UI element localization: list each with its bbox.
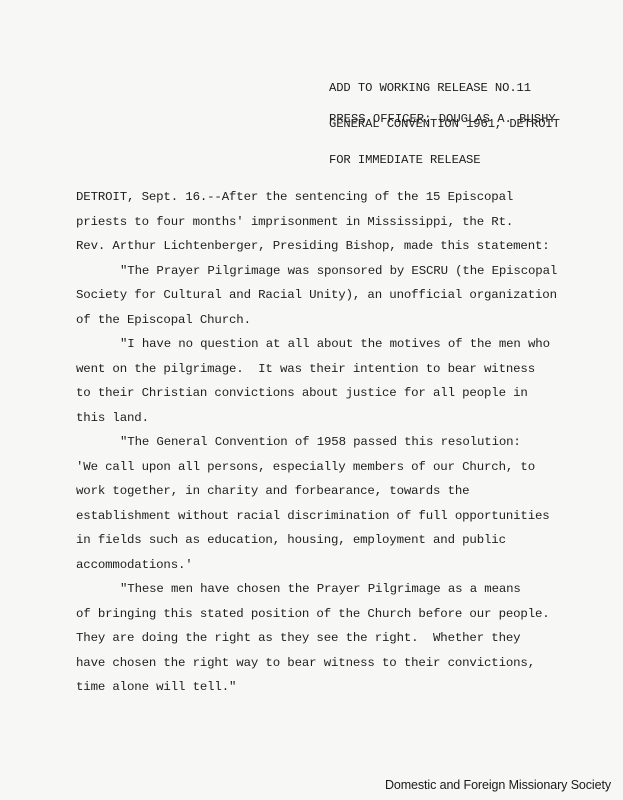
body-line: "These men have chosen the Prayer Pilgri… <box>76 577 596 602</box>
release-number: ADD TO WORKING RELEASE NO.11 <box>329 82 560 94</box>
press-officer: PRESS OFFICER: DOUGLAS A. BUSHY <box>329 112 556 126</box>
body-line: Rev. Arthur Lichtenberger, Presiding Bis… <box>76 234 596 259</box>
body-line: accommodations.' <box>76 553 596 578</box>
body-line: to their Christian convictions about jus… <box>76 381 596 406</box>
body-line: have chosen the right way to bear witnes… <box>76 651 596 676</box>
body-line: of the Episcopal Church. <box>76 308 596 333</box>
body-line: They are doing the right as they see the… <box>76 626 596 651</box>
body-line: this land. <box>76 406 596 431</box>
archive-credit: Domestic and Foreign Missionary Society <box>385 778 611 792</box>
body-line: DETROIT, Sept. 16.--After the sentencing… <box>76 185 596 210</box>
body-line: in fields such as education, housing, em… <box>76 528 596 553</box>
body-line: 'We call upon all persons, especially me… <box>76 455 596 480</box>
statement-body: DETROIT, Sept. 16.--After the sentencing… <box>76 185 596 700</box>
body-line: priests to four months' imprisonment in … <box>76 210 596 235</box>
body-line: "The General Convention of 1958 passed t… <box>76 430 596 455</box>
body-line: time alone will tell." <box>76 675 596 700</box>
body-line: establishment without racial discriminat… <box>76 504 596 529</box>
body-line: work together, in charity and forbearanc… <box>76 479 596 504</box>
body-line: "The Prayer Pilgrimage was sponsored by … <box>76 259 596 284</box>
body-line: of bringing this stated position of the … <box>76 602 596 627</box>
release-type: FOR IMMEDIATE RELEASE <box>329 154 560 166</box>
document-page: ADD TO WORKING RELEASE NO.11 GENERAL CON… <box>0 0 623 800</box>
body-line: went on the pilgrimage. It was their int… <box>76 357 596 382</box>
body-line: "I have no question at all about the mot… <box>76 332 596 357</box>
body-line: Society for Cultural and Racial Unity), … <box>76 283 596 308</box>
